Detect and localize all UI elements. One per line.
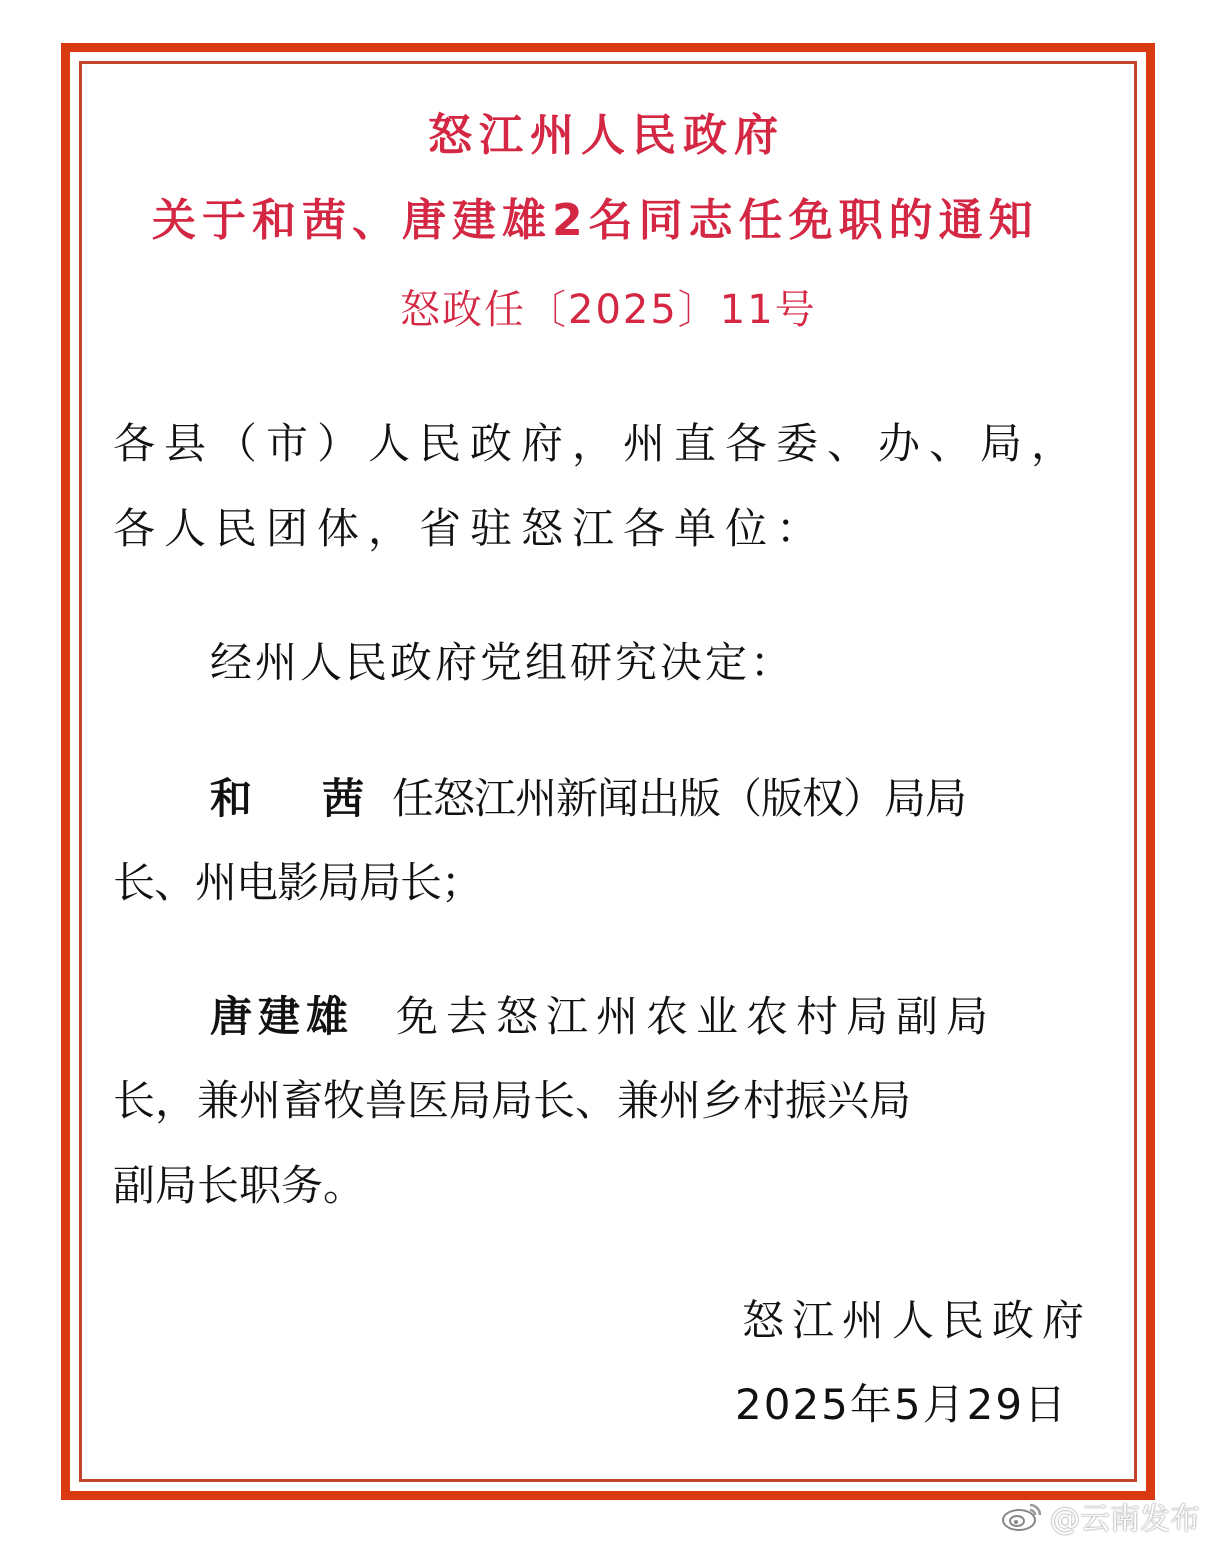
decision-intro: 经州人民政府党组研究决定： xyxy=(210,642,795,684)
appointment-2-line-1: 唐建雄免去怒江州农业农村局副局 xyxy=(210,996,996,1038)
appointment-2-line-2: 长，兼州畜牧兽医局局长、兼州乡村振兴局 xyxy=(113,1080,911,1122)
document-number: 怒政任〔2025〕11号 xyxy=(400,290,817,330)
signature-date: 2025年5月29日 xyxy=(735,1384,1068,1426)
addressees-line-2: 各人民团体，省驻怒江各单位： xyxy=(113,508,827,550)
notice-subject-title: 关于和茜、唐建雄2名同志任免职的通知 xyxy=(152,199,1039,243)
signature-issuer: 怒江州人民政府 xyxy=(742,1300,1092,1342)
appointment-1-line-2: 长、州电影局局长； xyxy=(113,862,482,904)
issuer-title: 怒江州人民政府 xyxy=(428,114,785,158)
weibo-watermark: @云南发布 xyxy=(1000,1498,1200,1534)
appointment-2-text-1: 免去怒江州农业农村局副局 xyxy=(396,992,996,1041)
appointment-1-text-1: 任怒江州新闻出版（版权）局局 xyxy=(392,774,966,823)
addressees-line-1: 各县（市）人民政府，州直各委、办、局， xyxy=(113,423,1082,465)
appointee-name-he-qian: 和 茜 xyxy=(210,774,378,823)
weibo-icon xyxy=(1000,1499,1044,1533)
inner-red-border xyxy=(79,61,1137,1482)
appointment-1-line-1: 和 茜任怒江州新闻出版（版权）局局 xyxy=(210,778,966,820)
watermark-text: @云南发布 xyxy=(1050,1494,1200,1538)
appointee-name-tang-jianxiong: 唐建雄 xyxy=(210,992,354,1041)
appointment-2-line-3: 副局长职务。 xyxy=(113,1165,365,1207)
